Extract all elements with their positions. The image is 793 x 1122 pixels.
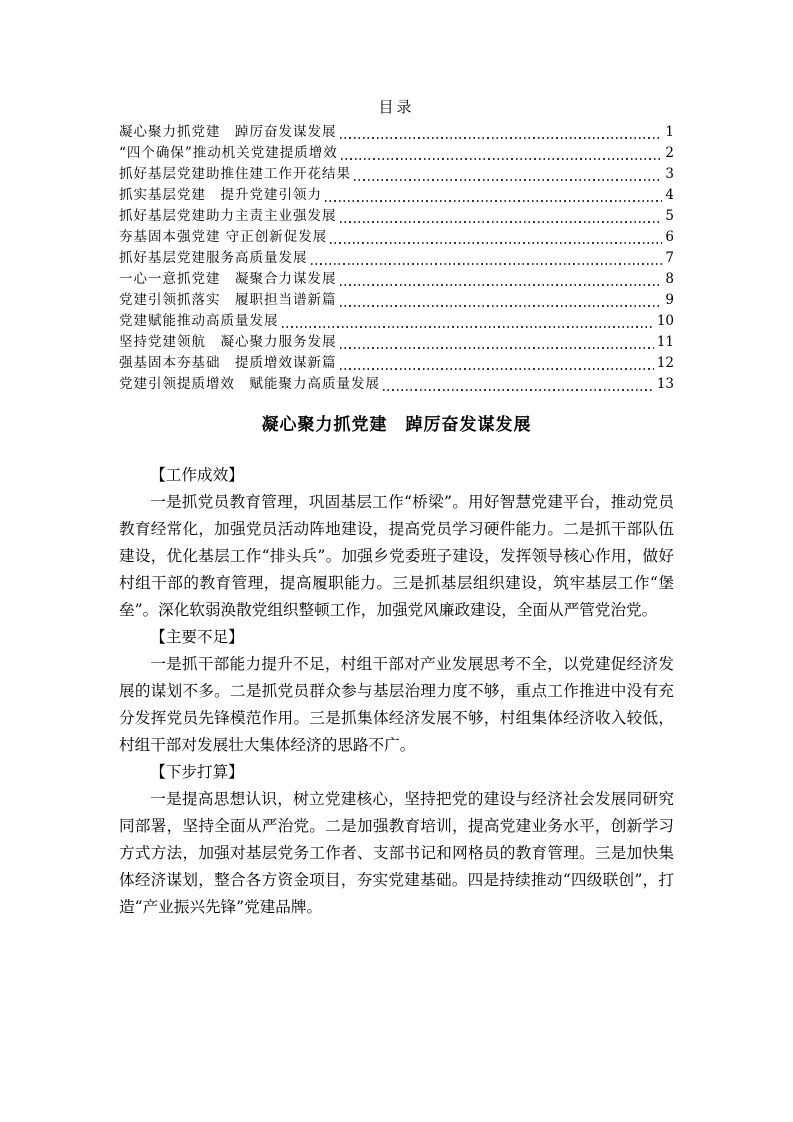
section-paragraph-next-steps: 一是提高思想认识，树立党建核心，坚持把党的建设与经济社会发展同研究同部署，坚持全… [119,786,674,921]
section-label-work-results: 【工作成效】 [119,462,674,489]
toc-entry-page-number: 5 [665,206,674,227]
toc-entry-title: 党建赋能推动高质量发展 [119,311,279,332]
toc-entry-title: 一心一意抓党建 凝聚合力谋发展 [119,269,337,290]
toc-entry-5[interactable]: 抓好基层党建助力主责主业强发展 5 [119,206,674,227]
toc-entry-title: 抓好基层党建助力主责主业强发展 [119,206,337,227]
toc-entry-title: 抓好基层党建服务高质量发展 [119,248,308,269]
toc-leader-dots [282,326,654,328]
toc-entry-9[interactable]: 党建引领抓落实 履职担当谱新篇 9 [119,290,674,311]
table-of-contents: 目录 凝心聚力抓党建 踔厉奋发谋发展 1 “四个确保”推动机关党建提质增效 2 … [119,99,674,395]
section-label-main-shortcomings: 【主要不足】 [119,624,674,651]
toc-entry-title: “四个确保”推动机关党建提质增效 [119,143,338,164]
toc-entry-8[interactable]: 一心一意抓党建 凝聚合力谋发展 8 [119,269,674,290]
toc-entry-page-number: 4 [665,185,674,206]
toc-entry-page-number: 1 [665,122,674,143]
toc-entry-title: 抓实基层党建 提升党建引领力 [119,185,322,206]
toc-title: 目录 [119,99,674,115]
toc-entry-page-number: 13 [657,374,674,395]
toc-entry-title: 夯基固本强党建 守正创新促发展 [119,227,327,248]
toc-leader-dots [340,137,663,139]
toc-leader-dots [325,200,662,202]
toc-entry-6[interactable]: 夯基固本强党建 守正创新促发展 6 [119,227,674,248]
toc-entry-2[interactable]: “四个确保”推动机关党建提质增效 2 [119,143,674,164]
toc-leader-dots [340,347,654,349]
toc-entry-3[interactable]: 抓好基层党建助推住建工作开花结果 3 [119,164,674,185]
toc-entry-12[interactable]: 强基固本夯基础 提质增效谋新篇 12 [119,353,674,374]
toc-entry-page-number: 3 [665,164,674,185]
toc-entry-page-number: 9 [665,290,674,311]
toc-leader-dots [341,158,663,160]
toc-entry-page-number: 6 [665,227,674,248]
toc-entry-page-number: 11 [657,332,674,353]
toc-entry-13[interactable]: 党建引领提质增效 赋能聚力高质量发展 13 [119,374,674,395]
document-body: 【工作成效】 一是抓党员教育管理，巩固基层工作“桥梁”。用好智慧党建平台，推动党… [119,462,674,921]
toc-entry-title: 抓好基层党建助推住建工作开花结果 [119,164,351,185]
toc-entry-page-number: 2 [665,143,674,164]
section-paragraph-main-shortcomings: 一是抓干部能力提升不足，村组干部对产业发展思考不全，以党建促经济发展的谋划不多。… [119,651,674,759]
section-paragraph-work-results: 一是抓党员教育管理，巩固基层工作“桥梁”。用好智慧党建平台，推动党员教育经常化，… [119,489,674,624]
toc-leader-dots [311,263,663,265]
toc-entry-7[interactable]: 抓好基层党建服务高质量发展 7 [119,248,674,269]
document-title: 凝心聚力抓党建 踔厉奋发谋发展 [119,413,674,437]
toc-leader-dots [340,284,663,286]
toc-entry-page-number: 12 [657,353,674,374]
toc-entry-title: 党建引领提质增效 赋能聚力高质量发展 [119,374,380,395]
document-page: 目录 凝心聚力抓党建 踔厉奋发谋发展 1 “四个确保”推动机关党建提质增效 2 … [0,0,793,1122]
toc-leader-dots [340,221,663,223]
toc-leader-dots [340,368,654,370]
toc-entry-page-number: 8 [665,269,674,290]
toc-entry-1[interactable]: 凝心聚力抓党建 踔厉奋发谋发展 1 [119,122,674,143]
toc-entry-title: 强基固本夯基础 提质增效谋新篇 [119,353,337,374]
toc-entry-page-number: 10 [657,311,674,332]
toc-entry-10[interactable]: 党建赋能推动高质量发展 10 [119,311,674,332]
toc-entry-title: 凝心聚力抓党建 踔厉奋发谋发展 [119,122,337,143]
section-label-next-steps: 【下步打算】 [119,759,674,786]
toc-leader-dots [330,242,662,244]
toc-entry-page-number: 7 [665,248,674,269]
toc-entry-title: 坚持党建领航 凝心聚力服务发展 [119,332,337,353]
toc-entry-4[interactable]: 抓实基层党建 提升党建引领力 4 [119,185,674,206]
toc-leader-dots [383,389,654,391]
toc-entry-11[interactable]: 坚持党建领航 凝心聚力服务发展 11 [119,332,674,353]
toc-leader-dots [354,179,662,181]
toc-leader-dots [340,305,663,307]
toc-entry-title: 党建引领抓落实 履职担当谱新篇 [119,290,337,311]
